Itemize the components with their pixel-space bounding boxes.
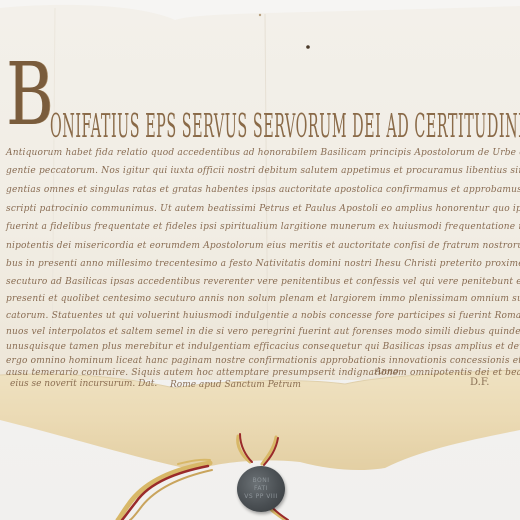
lead-seal: BONI FATI VS PP VIII [237,466,285,512]
seal-line: VS PP VIII [237,493,285,501]
seal-line: BONI [237,477,285,485]
seal-inscription: BONI FATI VS PP VIII [237,477,285,501]
silk-cords [0,0,520,520]
seal-line: FATI [237,485,285,493]
